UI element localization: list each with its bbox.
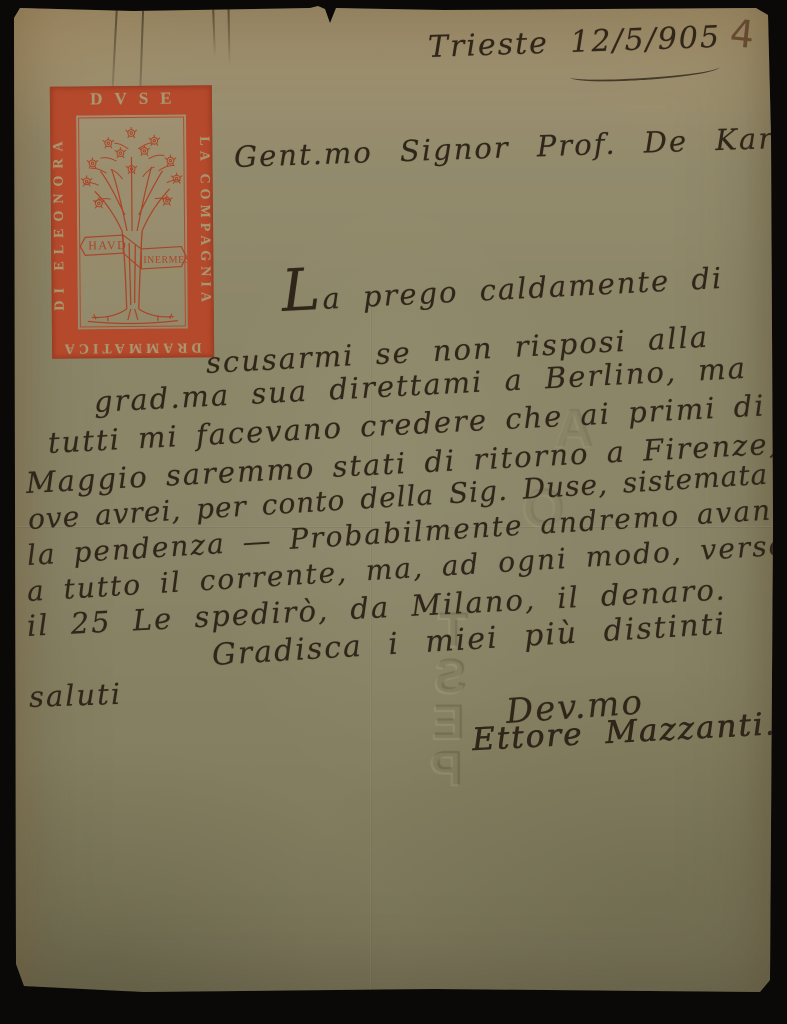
- tree-illustration: HAVD INERMES: [76, 115, 188, 326]
- motto-word-left: HAVD: [88, 238, 127, 252]
- stamp-text-top: DVSE: [47, 88, 215, 109]
- stamp-text-right: LA COMPAGNIA: [190, 112, 218, 330]
- stamp-text-left: DI ELEONORA: [46, 114, 74, 332]
- stamp-text-bottom: DRAMMATICA: [49, 338, 217, 355]
- salutation: Gent.mo Signor Prof. De Karolis: [233, 119, 787, 174]
- crease-mark: [227, 6, 230, 66]
- scan-photograph: { "document": { "type": "handwritten let…: [0, 0, 787, 1024]
- motto-banner: HAVD INERMES: [80, 234, 188, 269]
- dateline-flourish: [570, 60, 721, 84]
- stamp-inner-panel: HAVD INERMES: [74, 113, 190, 332]
- dateline: Trieste 12/5/905: [427, 20, 721, 65]
- archival-number: 4: [728, 11, 757, 57]
- motto-word-right: INERMES: [143, 254, 188, 265]
- company-emblem-stamp: DVSE LA COMPAGNIA DRAMMATICA DI ELEONORA: [47, 82, 217, 361]
- closing-line-2: saluti: [28, 677, 122, 714]
- letter-sheet: A O T S E P DVSE LA COMPAGNIA DRAMMATICA…: [14, 6, 773, 994]
- body-line-1: La prego caldamente di: [281, 261, 724, 318]
- tree-roots: [88, 309, 178, 324]
- crease-mark: [212, 6, 216, 58]
- embossed-letter: P: [430, 742, 462, 797]
